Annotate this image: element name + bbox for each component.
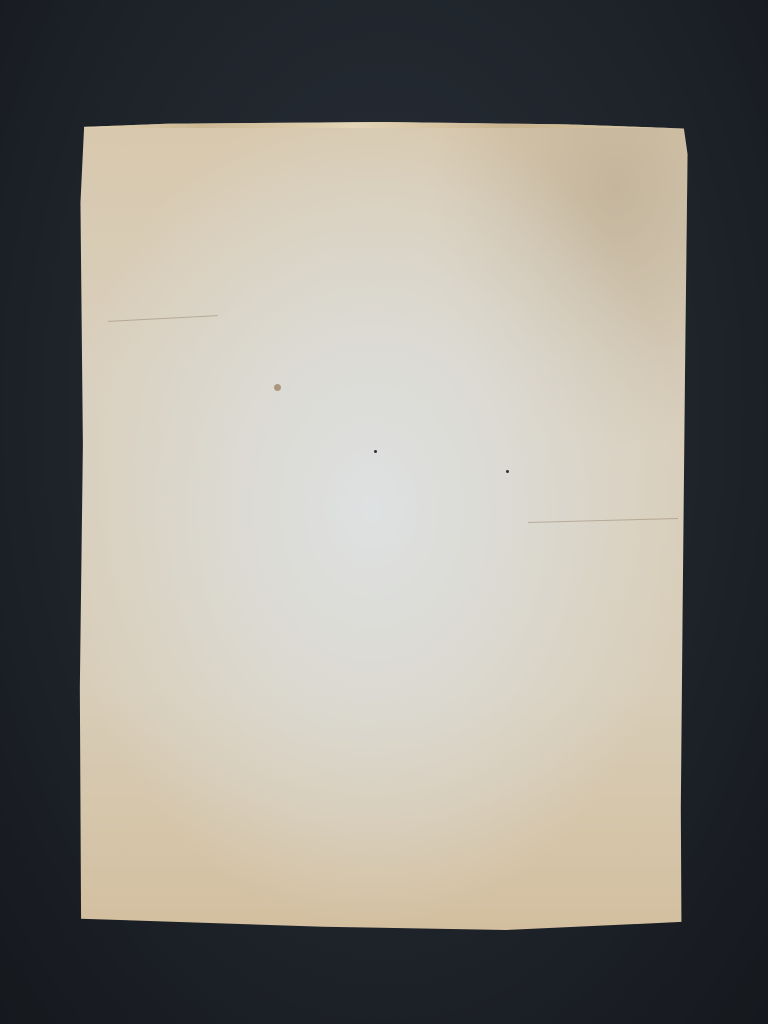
dot-mark [374,450,377,453]
torn-top-edge [78,122,690,128]
crease-right [528,518,678,523]
crease-upper-left [108,315,218,322]
stain-spot [274,384,281,391]
blank-aged-paper [78,122,690,930]
dot-mark [506,470,509,473]
